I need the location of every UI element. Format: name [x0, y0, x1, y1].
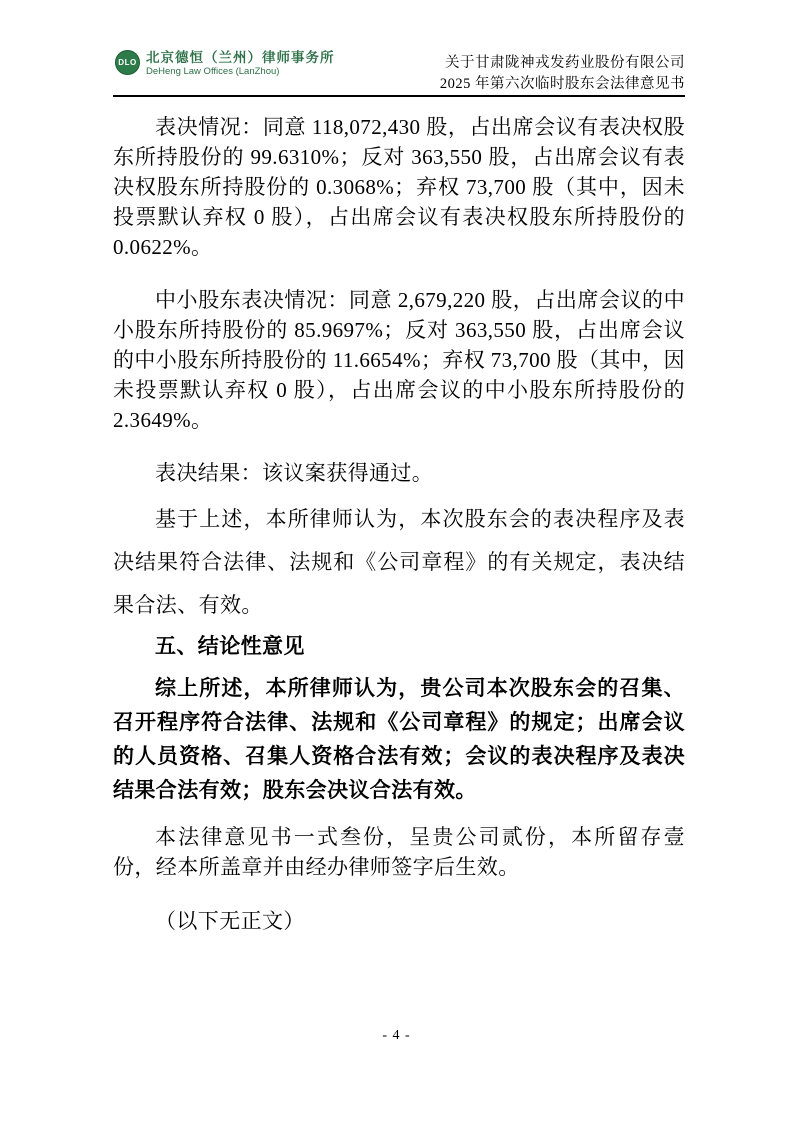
firm-name-english: DeHeng Law Offices (LanZhou) [146, 66, 335, 78]
paragraph-vote-outcome: 表决结果：该议案获得通过。 [113, 458, 685, 488]
document-body: 表决情况：同意 118,072,430 股，占出席会议有表决权股东所持股份的 9… [113, 112, 685, 936]
doc-ref-line2: 2025 年第六次临时股东会法律意见书 [440, 74, 685, 95]
document-page: DLO 北京德恒（兰州）律师事务所 DeHeng Law Offices (La… [0, 0, 793, 1122]
doc-ref-line1: 关于甘肃陇神戎发药业股份有限公司 [440, 53, 685, 74]
section-heading-conclusion: 五、结论性意见 [113, 631, 685, 661]
paragraph-lawyer-opinion: 基于上述，本所律师认为，本次股东会的表决程序及表决结果符合法律、法规和《公司章程… [113, 498, 685, 627]
paragraph-no-more-text: （以下无正文） [113, 906, 685, 936]
header-divider-rule [113, 95, 685, 97]
paragraph-minority-voting: 中小股东表决情况：同意 2,679,220 股，占出席会议的中小股东所持股份的 … [113, 285, 685, 435]
paragraph-conclusion-opinion: 综上所述，本所律师认为，贵公司本次股东会的召集、召开程序符合法律、法规和《公司章… [113, 671, 685, 807]
paragraph-copies-effectiveness: 本法律意见书一式叁份，呈贵公司贰份，本所留存壹份，经本所盖章并由经办律师签字后生… [113, 822, 685, 882]
paragraph-voting-result: 表决情况：同意 118,072,430 股，占出席会议有表决权股东所持股份的 9… [113, 112, 685, 262]
document-reference-header: 关于甘肃陇神戎发药业股份有限公司 2025 年第六次临时股东会法律意见书 [440, 53, 685, 95]
firm-name-chinese: 北京德恒（兰州）律师事务所 [146, 50, 335, 66]
deheng-logo-icon: DLO [115, 50, 140, 75]
law-firm-header: DLO 北京德恒（兰州）律师事务所 DeHeng Law Offices (La… [115, 50, 335, 78]
page-number: - 4 - [0, 1028, 793, 1044]
